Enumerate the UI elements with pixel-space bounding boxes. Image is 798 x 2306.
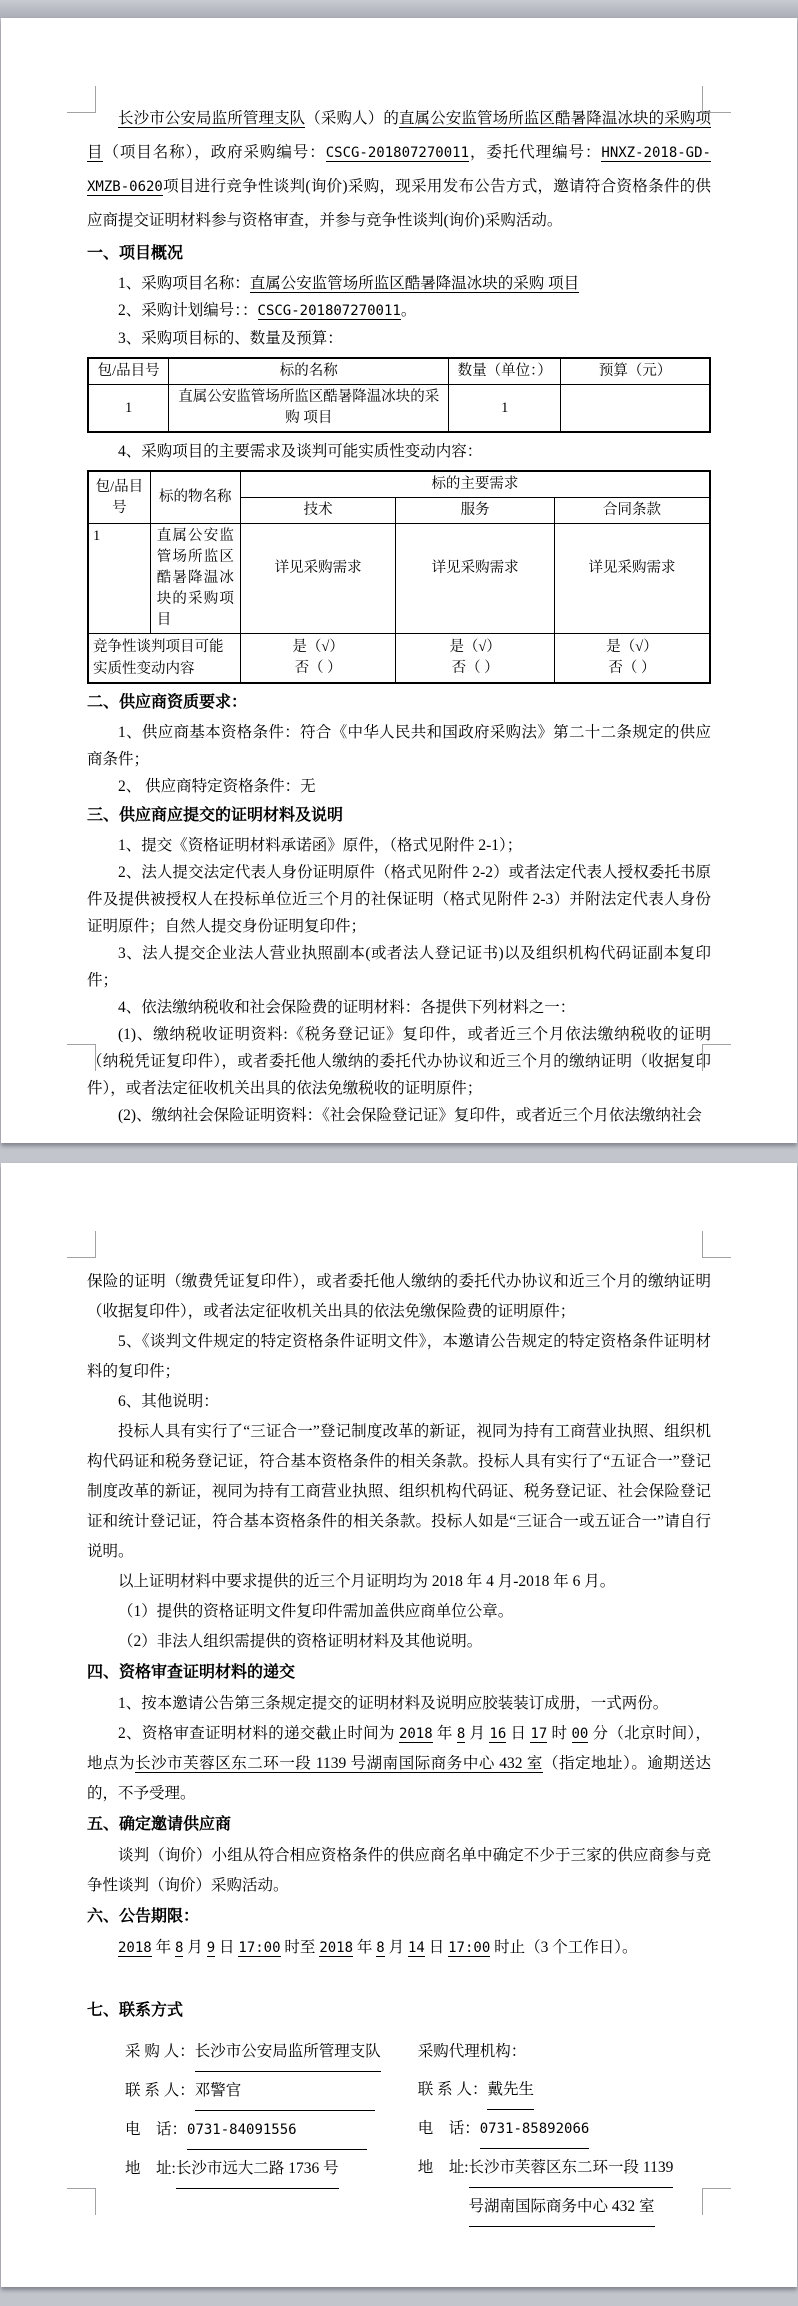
section-5-heading: 五、确定邀请供应商 <box>87 1811 711 1839</box>
section-6-heading: 六、公告期限： <box>87 1903 711 1931</box>
material-item-5: 5、《谈判文件规定的特定资格条件证明文件》，本邀请公告规定的特定资格条件证明材料… <box>87 1327 711 1387</box>
substantive-change-label: 竞争性谈判项目可能实质性变动内容 <box>88 634 240 684</box>
cell-subject-item-name: 直属公安监管场所监区酷暑降温冰块的采购项目 <box>150 524 240 634</box>
agency-label: 采购代理机构： <box>418 2033 527 2071</box>
address-line-1: 长沙市芙蓉区东二环一段 1139 <box>469 2149 674 2188</box>
address-line-2: 号湖南国际商务中心 432 室 <box>469 2188 655 2227</box>
margin-mark-top-left <box>67 86 96 113</box>
contact-section: 采 购 人： 长沙市公安局监所管理支队 联 系 人： 邓警官 电 话： 0731… <box>87 2033 711 2227</box>
cell-package-number: 1 <box>88 524 150 634</box>
header-subject-item-name: 标的物名称 <box>150 471 240 524</box>
no-option: 否（ ） <box>245 658 392 679</box>
insurance-proof-continuation: 保险的证明（缴费凭证复印件），或者委托他人缴纳的委托代办协议和近三个月的缴纳证明… <box>87 1267 711 1327</box>
margin-mark-top-right <box>702 1231 731 1258</box>
document-page-1: 长沙市公安局监所管理支队（采购人）的直属公安监管场所监区酷暑降温冰块的采购项目（… <box>1 18 797 1143</box>
address-row: 地 址: 长沙市远大二路 1736 号 <box>125 2150 418 2189</box>
header-quantity: 数量（单位：） <box>449 358 561 385</box>
window-top-band <box>0 0 798 18</box>
header-contract-terms: 合同条款 <box>554 498 710 524</box>
phone-row: 电 话： 0731-85892066 <box>418 2110 711 2149</box>
submission-item-1: 1、按本邀请公告第三条规定提交的证明材料及说明应胶装装订成册，一式两份。 <box>87 1689 711 1719</box>
tax-proof-item: (1)、缴纳税收证明资料:《税务登记证》复印件，或者近三个月依法缴纳税收的证明（… <box>87 1021 711 1102</box>
margin-mark-bottom-right <box>702 1044 731 1071</box>
address-row: 地 址: 长沙市芙蓉区东二环一段 1139号湖南国际商务中心 432 室 <box>418 2149 711 2227</box>
section-3-heading: 三、供应商应提交的证明材料及说明 <box>87 802 711 830</box>
phone-row: 电 话： 0731-84091556 <box>125 2111 418 2150</box>
header-package-number: 包/品目号 <box>88 471 150 524</box>
address-label: 地 址: <box>418 2149 469 2187</box>
agency-contact-column: 采购代理机构： 联 系 人： 戴先生 电 话： 0731-85892066 地 … <box>418 2033 711 2227</box>
requirements-header-row-1: 包/品目号 标的物名称 标的主要需求 <box>88 471 710 498</box>
cell-technical: 详见采购需求 <box>240 524 396 634</box>
margin-mark-bottom-left <box>67 2188 96 2215</box>
header-main-requirements: 标的主要需求 <box>240 471 710 498</box>
margin-mark-bottom-left <box>67 1044 96 1071</box>
social-insurance-proof-item: (2)、缴纳社会保险证明资料：《社会保险登记证》复印件，或者近三个月依法缴纳社会 <box>87 1102 711 1129</box>
margin-mark-bottom-right <box>702 2188 731 2215</box>
address-label: 地 址: <box>125 2150 176 2188</box>
address-value: 长沙市远大二路 1736 号 <box>176 2150 339 2189</box>
cell-package-number: 1 <box>88 385 169 433</box>
yes-option: 是（√） <box>245 637 392 658</box>
project-name-item: 1、采购项目名称：直属公安监管场所监区酷暑降温冰块的采购 项目 <box>87 270 711 297</box>
cell-subject-name: 直属公安监管场所监区酷暑降温冰块的采购 项目 <box>169 385 449 433</box>
submission-deadline-item: 2、资格审查证明材料的递交截止时间为 2018 年 8 月 16 日 17 时 … <box>87 1719 711 1809</box>
margin-mark-top-right <box>702 86 731 113</box>
section-1-heading: 一、项目概况 <box>87 240 711 268</box>
invited-suppliers-paragraph: 谈判（询价）小组从符合相应资格条件的供应商名单中确定不少于三家的供应商参与竞争性… <box>87 1841 711 1901</box>
contact-person-value: 邓警官 <box>195 2072 375 2111</box>
phone-value: 0731-84091556 <box>187 2111 367 2150</box>
intro-paragraph: 长沙市公安局监所管理支队（采购人）的直属公安监管场所监区酷暑降温冰块的采购项目（… <box>87 102 711 238</box>
certificates-note-paragraph: 投标人具有实行了“三证合一”登记制度改革的新证，视同为持有工商营业执照、组织机构… <box>87 1417 711 1567</box>
budget-table-header-row: 包/品目号 标的名称 数量（单位：） 预算（元） <box>88 358 710 385</box>
contact-person-label: 联 系 人： <box>418 2071 488 2109</box>
basic-qualification-item: 1、供应商基本资格条件：符合《中华人民共和国政府采购法》第二十二条规定的供应商条… <box>87 719 711 773</box>
recent-months-note: 以上证明材料中要求提供的近三个月证明均为 2018 年 4 月-2018 年 6… <box>87 1567 711 1597</box>
requirements-data-row: 1 直属公安监管场所监区酷暑降温冰块的采购项目 详见采购需求 详见采购需求 详见… <box>88 524 710 634</box>
material-item-2: 2、法人提交法定代表人身份证明原件（格式见附件 2-2）或者法定代表人授权委托书… <box>87 859 711 940</box>
announcement-period-paragraph: 2018 年 8 月 9 日 17:00 时至 2018 年 8 月 14 日 … <box>87 1933 711 1963</box>
document-page-2: 保险的证明（缴费凭证复印件），或者委托他人缴纳的委托代办协议和近三个月的缴纳证明… <box>1 1163 797 2287</box>
purchaser-value: 长沙市公安局监所管理支队 <box>195 2033 381 2072</box>
header-technical: 技术 <box>240 498 396 524</box>
phone-label: 电 话： <box>125 2111 187 2149</box>
requirements-table: 包/品目号 标的物名称 标的主要需求 技术 服务 合同条款 1 直属公安监管场所… <box>87 470 711 684</box>
no-option: 否（ ） <box>400 658 550 679</box>
purchaser-label: 采 购 人： <box>125 2033 195 2071</box>
subject-budget-item: 3、采购项目标的、数量及预算： <box>87 325 711 352</box>
header-package-number: 包/品目号 <box>88 358 169 385</box>
material-item-1: 1、提交《资格证明材料承诺函》原件，（格式见附件 2-1）； <box>87 832 711 859</box>
yes-option: 是（√） <box>400 637 550 658</box>
address-value: 长沙市芙蓉区东二环一段 1139号湖南国际商务中心 432 室 <box>469 2149 674 2227</box>
contact-person-row: 联 系 人： 邓警官 <box>125 2072 418 2111</box>
header-service: 服务 <box>396 498 555 524</box>
budget-table: 包/品目号 标的名称 数量（单位：） 预算（元） 1 直属公安监管场所监区酷暑降… <box>87 357 711 433</box>
purchaser-row: 采 购 人： 长沙市公安局监所管理支队 <box>125 2033 418 2072</box>
phone-label: 电 话： <box>418 2110 480 2148</box>
section-4-heading: 四、资格审查证明材料的递交 <box>87 1659 711 1687</box>
cell-change-technical: 是（√） 否（ ） <box>240 634 396 684</box>
phone-value: 0731-85892066 <box>480 2110 590 2149</box>
non-legal-person-note: （2）非法人组织需提供的资格证明材料及其他说明。 <box>87 1627 711 1657</box>
specific-qualification-item: 2、 供应商特定资格条件：无 <box>87 773 711 800</box>
contact-person-label: 联 系 人： <box>125 2072 195 2110</box>
no-option: 否（ ） <box>559 658 705 679</box>
purchaser-contact-column: 采 购 人： 长沙市公安局监所管理支队 联 系 人： 邓警官 电 话： 0731… <box>87 2033 418 2227</box>
stamp-note: （1）提供的资格证明文件复印件需加盖供应商单位公章。 <box>87 1597 711 1627</box>
budget-table-row: 1 直属公安监管场所监区酷暑降温冰块的采购 项目 1 <box>88 385 710 433</box>
cell-change-contract: 是（√） 否（ ） <box>554 634 710 684</box>
cell-service: 详见采购需求 <box>396 524 555 634</box>
cell-quantity: 1 <box>449 385 561 433</box>
contact-person-value: 戴先生 <box>487 2071 534 2110</box>
material-item-6: 6、其他说明： <box>87 1387 711 1417</box>
cell-change-service: 是（√） 否（ ） <box>396 634 555 684</box>
yes-option: 是（√） <box>559 637 705 658</box>
material-item-3: 3、法人提交企业法人营业执照副本(或者法人登记证书)以及组织机构代码证副本复印件… <box>87 940 711 994</box>
header-subject-name: 标的名称 <box>169 358 449 385</box>
cell-budget <box>561 385 710 433</box>
substantive-change-row: 竞争性谈判项目可能实质性变动内容 是（√） 否（ ） 是（√） 否（ ） 是（√… <box>88 634 710 684</box>
section-7-heading: 七、联系方式 <box>87 1997 711 2025</box>
section-2-heading: 二、供应商资质要求： <box>87 689 711 717</box>
cell-contract-terms: 详见采购需求 <box>554 524 710 634</box>
material-item-4: 4、依法缴纳税收和社会保险费的证明材料：各提供下列材料之一： <box>87 994 711 1021</box>
requirements-item: 4、采购项目的主要需求及谈判可能实质性变动内容： <box>87 438 711 465</box>
plan-number-item: 2、采购计划编号：：CSCG-201807270011。 <box>87 297 711 325</box>
margin-mark-top-left <box>67 1231 96 1258</box>
agency-row: 采购代理机构： <box>418 2033 711 2071</box>
contact-person-row: 联 系 人： 戴先生 <box>418 2071 711 2110</box>
header-budget: 预算（元） <box>561 358 710 385</box>
